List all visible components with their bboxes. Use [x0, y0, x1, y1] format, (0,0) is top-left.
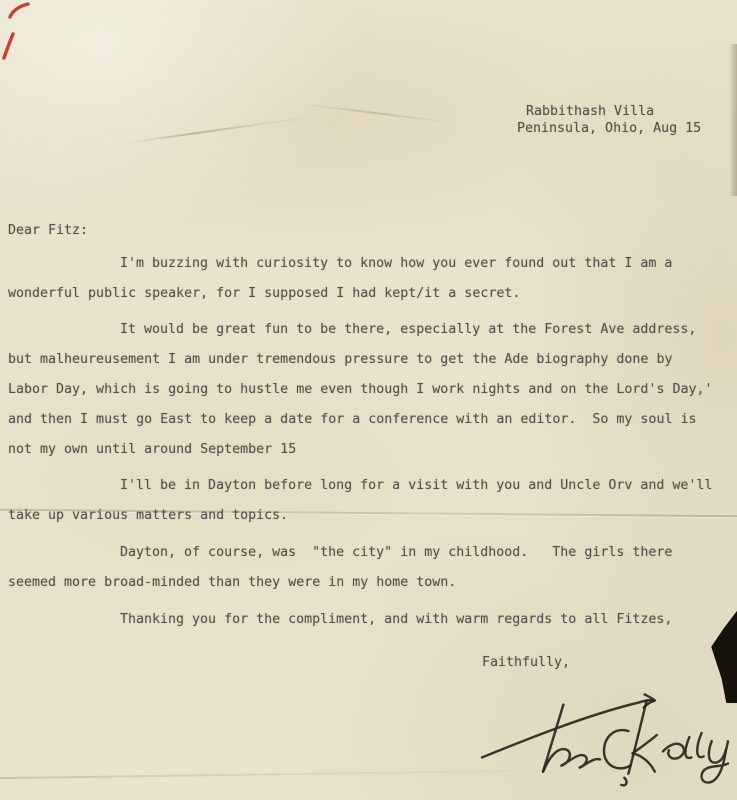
body-line: It would be great fun to be there, espec… [8, 315, 723, 345]
body-line: Dayton, of course, was "the city" in my … [8, 538, 723, 568]
body-line: Labor Day, which is going to hustle me e… [8, 375, 723, 405]
letterhead-line: Rabbithash Villa [517, 103, 701, 120]
scanned-letter-page: Rabbithash Villa Peninsula, Ohio, Aug 15… [0, 0, 737, 800]
letterhead-address: Rabbithash Villa Peninsula, Ohio, Aug 15 [517, 103, 701, 137]
handwritten-signature [476, 672, 730, 788]
body-line: I'll be in Dayton before long for a visi… [8, 471, 723, 501]
salutation: Dear Fitz: [8, 216, 723, 246]
body-line: Thanking you for the compliment, and wit… [8, 605, 723, 635]
body-line: take up various matters and topics. [8, 501, 723, 531]
body-line: and then I must go East to keep a date f… [8, 405, 723, 435]
fold-crease [300, 103, 449, 123]
body-line: seemed more broad-minded than they were … [8, 568, 723, 598]
paper-edge-shadow [729, 44, 737, 196]
letterhead-line: Peninsula, Ohio, Aug 15 [517, 120, 701, 137]
body-line: wonderful public speaker, for I supposed… [8, 279, 723, 309]
fold-crease [129, 114, 322, 143]
body-line: I'm buzzing with curiosity to know how y… [8, 249, 723, 279]
letter-body: Dear Fitz: I'm buzzing with curiosity to… [8, 216, 723, 634]
body-line: but malheureusement I am under tremendou… [8, 345, 723, 375]
body-line: not my own until around September 15 [8, 435, 723, 465]
red-pen-marks-icon [0, 0, 42, 66]
